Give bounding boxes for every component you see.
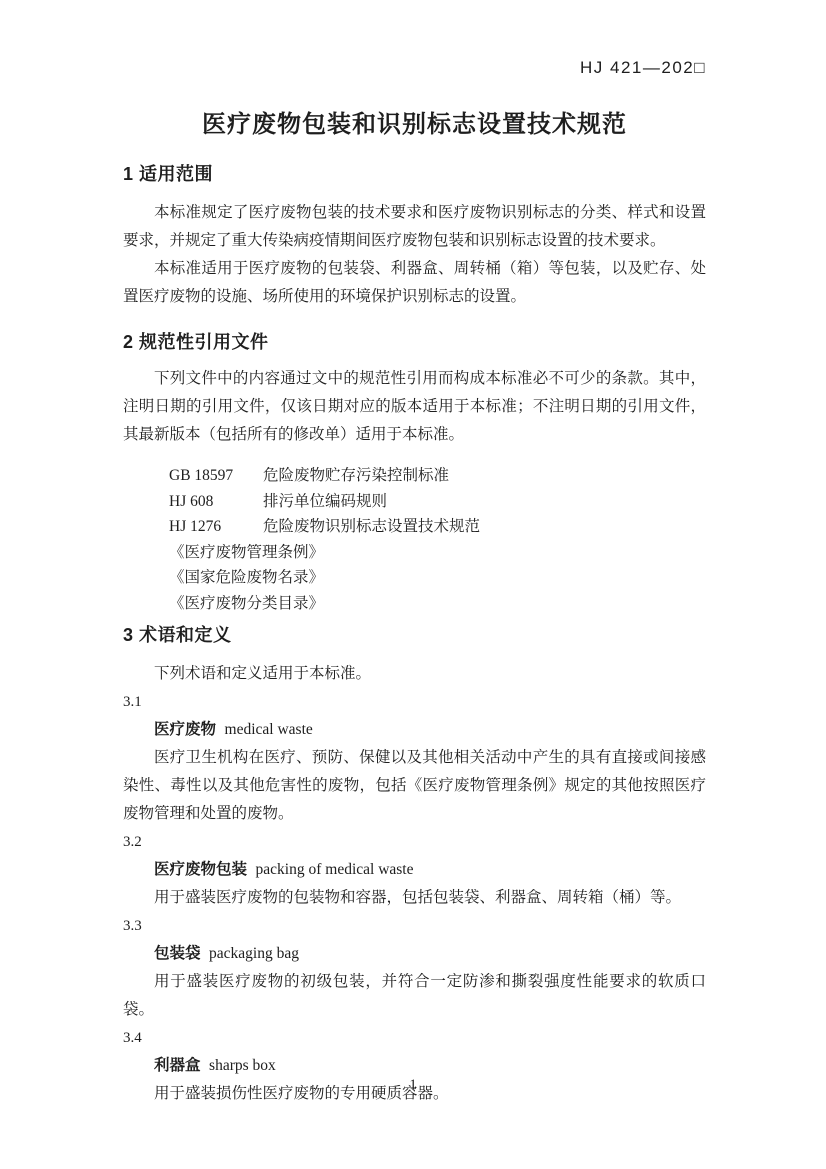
term-title: 利器盒sharps box bbox=[123, 1052, 706, 1080]
reference-title: 《医疗废物管理条例》 bbox=[169, 544, 324, 561]
paragraph: 本标准规定了医疗废物包装的技术要求和医疗废物识别标志的分类、样式和设置要求，并规… bbox=[123, 199, 706, 255]
term-zh: 包装袋 bbox=[154, 945, 201, 962]
term-definition: 用于盛装医疗废物的初级包装，并符合一定防渗和撕裂强度性能要求的软质口袋。 bbox=[123, 968, 706, 1024]
document-page: HJ 421—202□ 医疗废物包装和识别标志设置技术规范 1 适用范围 本标准… bbox=[0, 0, 826, 1108]
reference-code: HJ 608 bbox=[169, 489, 263, 515]
reference-item: HJ 1276危险废物识别标志设置技术规范 bbox=[169, 514, 706, 540]
term-block: 3.3 包装袋packaging bag 用于盛装医疗废物的初级包装，并符合一定… bbox=[123, 912, 706, 1024]
term-definition: 用于盛装医疗废物的包装物和容器，包括包装袋、利器盒、周转箱（桶）等。 bbox=[123, 884, 706, 912]
term-en: sharps box bbox=[209, 1057, 276, 1074]
reference-title: 排污单位编码规则 bbox=[263, 493, 387, 510]
term-block: 3.2 医疗废物包装packing of medical waste 用于盛装医… bbox=[123, 828, 706, 912]
reference-list: GB 18597危险废物贮存污染控制标准 HJ 608排污单位编码规则 HJ 1… bbox=[123, 463, 706, 616]
term-number: 3.4 bbox=[123, 1024, 706, 1052]
reference-item: 《医疗废物管理条例》 bbox=[169, 540, 706, 566]
reference-code: GB 18597 bbox=[169, 463, 263, 489]
term-title: 包装袋packaging bag bbox=[123, 940, 706, 968]
reference-item: 《医疗废物分类目录》 bbox=[169, 591, 706, 617]
term-title: 医疗废物包装packing of medical waste bbox=[123, 856, 706, 884]
page-number: 1 bbox=[0, 1077, 826, 1094]
term-block: 3.4 利器盒sharps box 用于盛装损伤性医疗废物的专用硬质容器。 bbox=[123, 1024, 706, 1108]
reference-title: 《国家危险废物名录》 bbox=[169, 569, 324, 586]
section-1-heading: 1 适用范围 bbox=[123, 163, 706, 185]
reference-code: HJ 1276 bbox=[169, 514, 263, 540]
reference-item: HJ 608排污单位编码规则 bbox=[169, 489, 706, 515]
term-en: medical waste bbox=[225, 721, 313, 738]
reference-item: GB 18597危险废物贮存污染控制标准 bbox=[169, 463, 706, 489]
reference-title: 危险废物识别标志设置技术规范 bbox=[263, 518, 480, 535]
section-2-heading: 2 规范性引用文件 bbox=[123, 331, 706, 353]
document-title: 医疗废物包装和识别标志设置技术规范 bbox=[123, 104, 706, 139]
section-3-heading: 3 术语和定义 bbox=[123, 624, 706, 646]
reference-title: 危险废物贮存污染控制标准 bbox=[263, 467, 449, 484]
doc-number: HJ 421—202□ bbox=[123, 0, 706, 78]
term-zh: 医疗废物包装 bbox=[154, 861, 247, 878]
term-number: 3.1 bbox=[123, 688, 706, 716]
paragraph: 本标准适用于医疗废物的包装袋、利器盒、周转桶（箱）等包装，以及贮存、处置医疗废物… bbox=[123, 255, 706, 311]
paragraph: 下列术语和定义适用于本标准。 bbox=[123, 660, 706, 688]
term-title: 医疗废物medical waste bbox=[123, 716, 706, 744]
reference-title: 《医疗废物分类目录》 bbox=[169, 595, 324, 612]
term-block: 3.1 医疗废物medical waste 医疗卫生机构在医疗、预防、保健以及其… bbox=[123, 688, 706, 828]
term-number: 3.2 bbox=[123, 828, 706, 856]
term-number: 3.3 bbox=[123, 912, 706, 940]
paragraph: 下列文件中的内容通过文中的规范性引用而构成本标准必不可少的条款。其中，注明日期的… bbox=[123, 365, 706, 449]
term-zh: 医疗废物 bbox=[154, 721, 216, 738]
reference-item: 《国家危险废物名录》 bbox=[169, 565, 706, 591]
term-en: packaging bag bbox=[209, 945, 299, 962]
term-en: packing of medical waste bbox=[256, 861, 414, 878]
term-definition: 医疗卫生机构在医疗、预防、保健以及其他相关活动中产生的具有直接或间接感染性、毒性… bbox=[123, 744, 706, 828]
terms-list: 3.1 医疗废物medical waste 医疗卫生机构在医疗、预防、保健以及其… bbox=[123, 688, 706, 1108]
term-zh: 利器盒 bbox=[154, 1057, 201, 1074]
